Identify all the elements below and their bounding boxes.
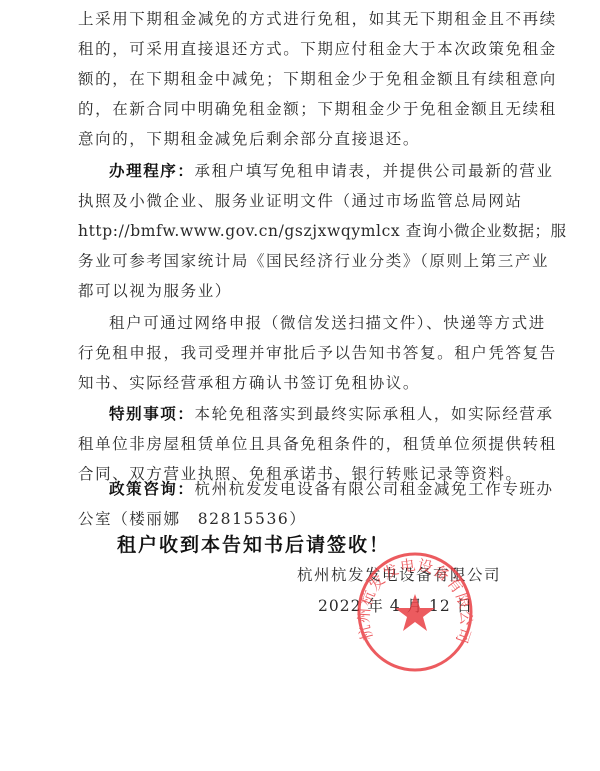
text-line: 都可以视为服务业） [78,276,530,306]
paragraph-submission: 租户可通过网络申报（微信发送扫描文件）、快递等方式进 行免租申报，我司受理并审批… [78,308,530,398]
text-line-url: http://bmfw.www.gov.cn/gszjxwqymlcx 查询小微… [78,216,530,246]
consult-label: 政策咨询： [109,479,195,498]
consult-text: 杭州杭发发电设备有限公司租金减免工作专班办 [195,480,554,498]
signature-company: 杭州杭发发电设备有限公司 [297,563,501,585]
special-label: 特别事项： [109,404,195,423]
text-line: 租单位非房屋租赁单位且具备免租条件的，租赁单位须提供转租 [78,429,530,459]
text-line: 行免租申报，我司受理并审批后予以告知书答复。租户凭答复告 [78,338,530,368]
text-line: 知书、实际经营承租方确认书签订免租协议。 [78,368,530,398]
signature-date: 2022 年 4 月 12 日 [318,594,473,616]
sign-receipt-notice: 租户收到本告知书后请签收！ [117,530,390,557]
procedure-label: 办理程序： [109,161,195,180]
procedure-text: 承租户填写免租申请表，并提供公司最新的营业 [195,162,554,180]
text-line: 租的，可采用直接退还方式。下期应付租金大于本次政策免租金 [78,34,530,64]
text-line: 执照及小微企业、服务业证明文件（通过市场监管总局网站 [78,186,530,216]
text-line: 政策咨询：杭州杭发发电设备有限公司租金减免工作专班办 [78,474,530,504]
text-line: 的，在新合同中明确免租金额；下期租金少于免租金额且无续租 [78,94,530,124]
text-line: 意向的，下期租金减免后剩余部分直接退还。 [78,124,530,154]
special-text: 本轮免租落实到最终实际承租人，如实际经营承 [195,405,554,423]
paragraph-rent-reduction: 上采用下期租金减免的方式进行免租，如其无下期租金且不再续 租的，可采用直接退还方… [78,4,530,154]
text-line: 租户可通过网络申报（微信发送扫描文件）、快递等方式进 [78,308,530,338]
text-line: 务业可参考国家统计局《国民经济行业分类》（原则上第三产业 [78,246,530,276]
document-page: 上采用下期租金减免的方式进行免租，如其无下期租金且不再续 租的，可采用直接退还方… [0,0,600,771]
text-line: 办理程序：承租户填写免租申请表，并提供公司最新的营业 [78,156,530,186]
paragraph-consult: 政策咨询：杭州杭发发电设备有限公司租金减免工作专班办 公室（楼丽娜 828155… [78,474,530,534]
text-line: 上采用下期租金减免的方式进行免租，如其无下期租金且不再续 [78,4,530,34]
text-line: 额的，在下期租金中减免；下期租金少于免租金额且有续租意向 [78,64,530,94]
paragraph-procedure: 办理程序：承租户填写免租申请表，并提供公司最新的营业 执照及小微企业、服务业证明… [78,156,530,306]
text-line: 特别事项：本轮免租落实到最终实际承租人，如实际经营承 [78,399,530,429]
